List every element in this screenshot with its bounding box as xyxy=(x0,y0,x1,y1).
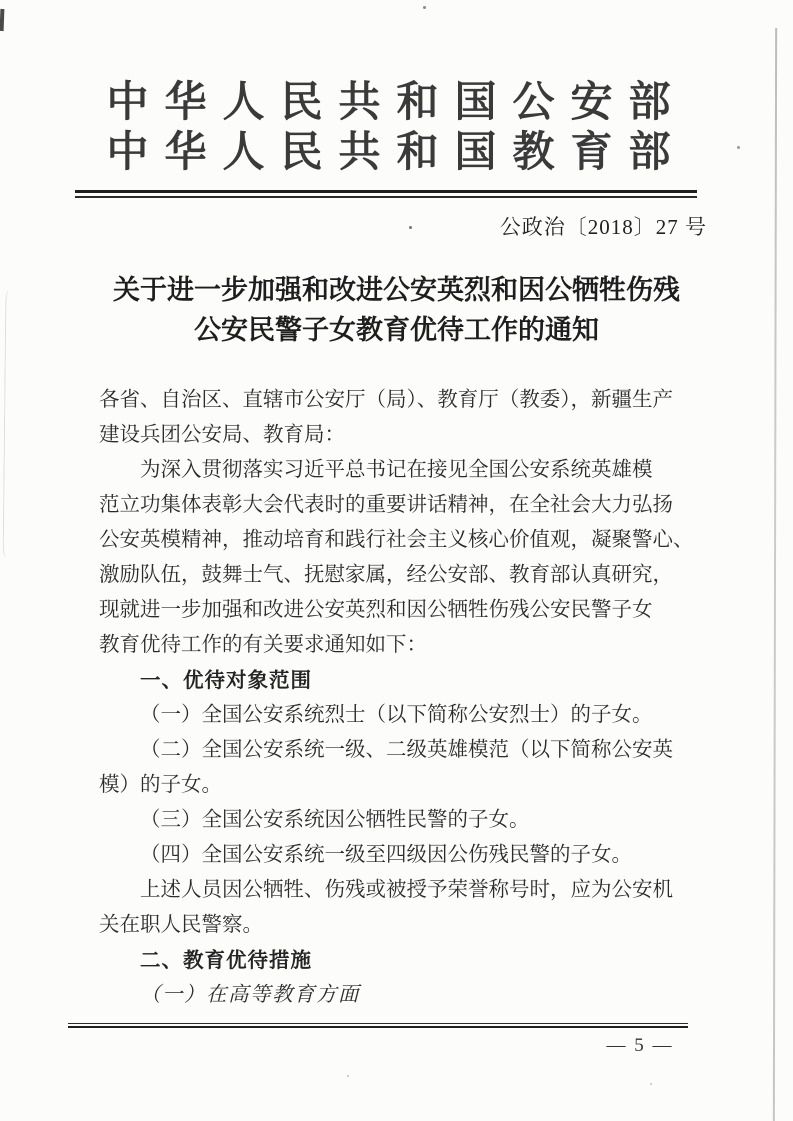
list-item-2: （二）全国公安系统一级、二级英雄模范（以下简称公安英 模）的子女。 xyxy=(99,733,739,803)
addressee-line: 各省、自治区、直辖市公安厅（局）、教育厅（教委），新疆生产 建设兵团公安局、教育… xyxy=(99,383,739,453)
scan-speck xyxy=(423,6,426,9)
section-heading-1: 一、优待对象范围 xyxy=(99,663,739,698)
scan-mark-artifact xyxy=(0,9,4,31)
page-number: — 5 — xyxy=(595,1035,685,1057)
list-item-4: （四）全国公安系统一级至四级因公伤残民警的子女。 xyxy=(99,838,739,873)
scan-speck xyxy=(737,146,740,149)
list-item-3: （三）全国公安系统因公牺牲民警的子女。 xyxy=(99,803,739,838)
letterhead-line-2: 中华人民共和国教育部 xyxy=(0,128,793,178)
scan-speck xyxy=(347,1075,349,1077)
subsection-heading: （一）在高等教育方面 xyxy=(99,978,739,1013)
scan-edge-artifact-right xyxy=(773,28,777,1121)
section-heading-2: 二、教育优待措施 xyxy=(99,943,739,978)
document-title: 关于进一步加强和改进公安英烈和因公牺牲伤残 公安民警子女教育优待工作的通知 xyxy=(0,270,793,350)
document-number: 公政治〔2018〕27 号 xyxy=(500,211,707,241)
scan-speck xyxy=(650,1083,652,1085)
letterhead-line-1: 中华人民共和国公安部 xyxy=(0,78,793,128)
footer-divider xyxy=(68,1023,688,1028)
document-page: 中华人民共和国公安部 中华人民共和国教育部 公政治〔2018〕27 号 关于进一… xyxy=(0,0,793,1121)
document-body: 各省、自治区、直辖市公安厅（局）、教育厅（教委），新疆生产 建设兵团公安局、教育… xyxy=(99,383,739,1013)
letterhead-divider xyxy=(75,190,697,198)
list-item-1: （一）全国公安系统烈士（以下简称公安烈士）的子女。 xyxy=(99,698,739,733)
intro-paragraph: 为深入贯彻落实习近平总书记在接见全国公安系统英雄模 范立功集体表彰大会代表时的重… xyxy=(99,453,739,663)
scan-speck xyxy=(409,226,412,229)
letterhead: 中华人民共和国公安部 中华人民共和国教育部 xyxy=(0,78,793,178)
note-paragraph: 上述人员因公牺牲、伤残或被授予荣誉称号时，应为公安机 关在职人民警察。 xyxy=(99,873,739,943)
